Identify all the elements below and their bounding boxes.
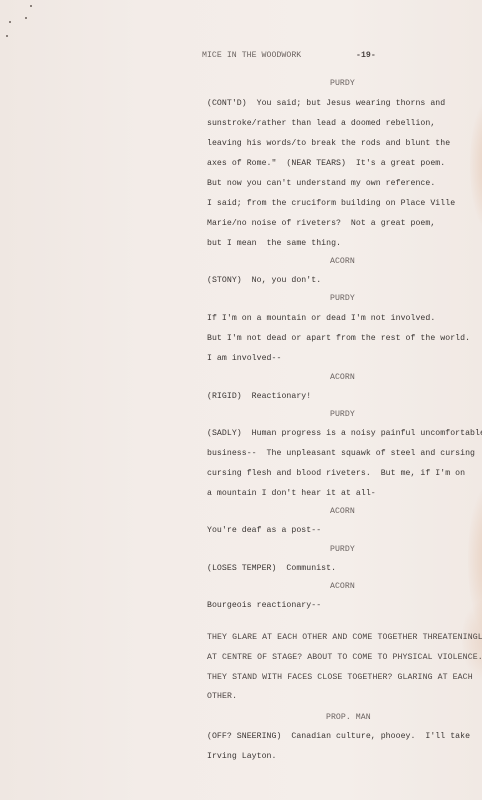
dialogue-line: Marie/no noise of riveters? Not a great … — [207, 219, 435, 229]
dialogue-line: axes of Rome." (NEAR TEARS) It's a great… — [207, 159, 445, 169]
paper-stain — [470, 95, 482, 235]
dialogue-line: If I'm on a mountain or dead I'm not inv… — [207, 314, 435, 324]
dialogue-line: (SADLY) Human progress is a noisy painfu… — [207, 429, 482, 439]
dialogue-line: (STONY) No, you don't. — [207, 276, 321, 286]
dialogue-line: Irving Layton. — [207, 752, 277, 762]
dialogue-line: (LOSES TEMPER) Communist. — [207, 564, 336, 574]
ink-speck — [25, 17, 27, 19]
speaker-name: PURDY — [330, 79, 355, 89]
ink-speck — [6, 35, 8, 37]
stage-direction-line: OTHER. — [207, 692, 237, 702]
dialogue-line: business-- The unpleasant squawk of stee… — [207, 449, 475, 459]
dialogue-line: But now you can't understand my own refe… — [207, 179, 435, 189]
dialogue-line: Bourgeois reactionary-- — [207, 601, 321, 611]
stage-direction-line: THEY STAND WITH FACES CLOSE TOGETHER? GL… — [207, 673, 473, 683]
typewritten-page: MICE IN THE WOODWORK -19- PURDY (CONT'D)… — [0, 0, 482, 800]
dialogue-line: cursing flesh and blood riveters. But me… — [207, 469, 465, 479]
speaker-name: PROP. MAN — [326, 713, 371, 723]
dialogue-line: (RIGID) Reactionary! — [207, 392, 311, 402]
ink-speck — [9, 21, 11, 23]
speaker-name: ACORN — [330, 507, 355, 517]
dialogue-line: I am involved-- — [207, 354, 281, 364]
stage-direction-line: AT CENTRE OF STAGE? ABOUT TO COME TO PHY… — [207, 653, 482, 663]
speaker-name: ACORN — [330, 582, 355, 592]
dialogue-line: sunstroke/rather than lead a doomed rebe… — [207, 119, 435, 129]
speaker-name: ACORN — [330, 373, 355, 383]
dialogue-line: leaving his words/to break the rods and … — [207, 139, 450, 149]
dialogue-line: (CONT'D) You said; but Jesus wearing tho… — [207, 99, 445, 109]
dialogue-line: a mountain I don't hear it at all- — [207, 489, 376, 499]
speaker-name: ACORN — [330, 257, 355, 267]
stage-direction-line: THEY GLARE AT EACH OTHER AND COME TOGETH… — [207, 633, 482, 643]
page-number: -19- — [356, 51, 376, 61]
dialogue-line: You're deaf as a post-- — [207, 526, 321, 536]
speaker-name: PURDY — [330, 294, 355, 304]
dialogue-line: I said; from the cruciform building on P… — [207, 199, 455, 209]
ink-speck — [30, 5, 32, 7]
speaker-name: PURDY — [330, 410, 355, 420]
speaker-name: PURDY — [330, 545, 355, 555]
running-header-title: MICE IN THE WOODWORK — [202, 51, 301, 61]
dialogue-line: but I mean the same thing. — [207, 239, 341, 249]
dialogue-line: (OFF? SNEERING) Canadian culture, phooey… — [207, 732, 470, 742]
dialogue-line: But I'm not dead or apart from the rest … — [207, 334, 470, 344]
